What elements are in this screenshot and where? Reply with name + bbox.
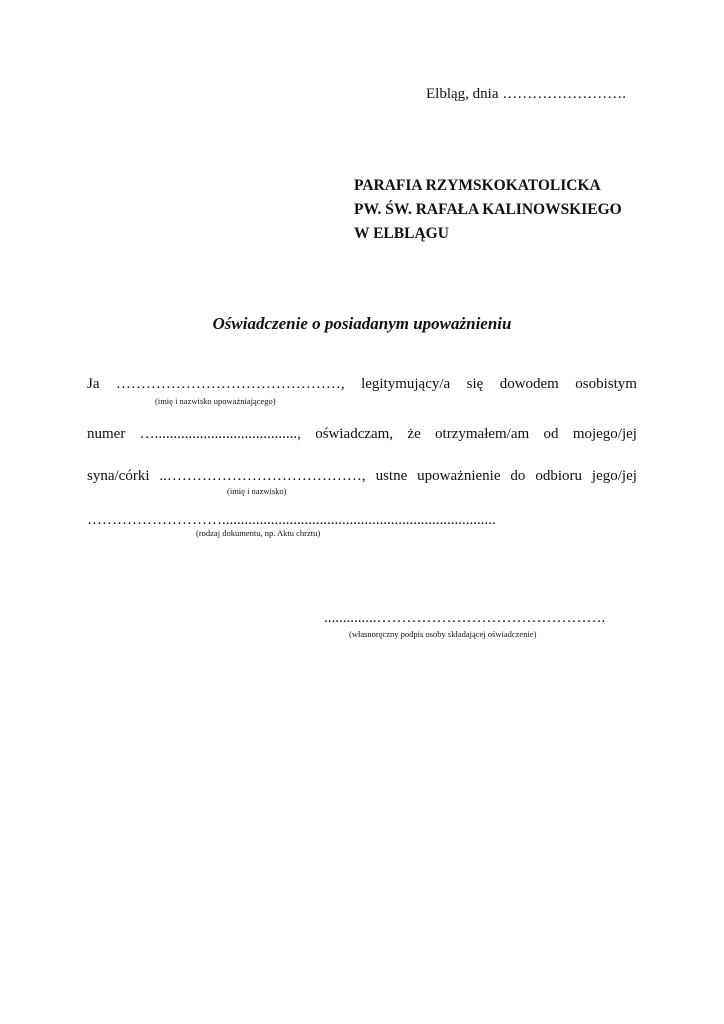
- name-fill-field[interactable]: ………………………………………,: [116, 376, 345, 393]
- child-name-fill-field[interactable]: ..…………………………………,: [159, 468, 365, 485]
- word: mojego/jej: [573, 426, 637, 443]
- word: legitymujący/a: [361, 376, 450, 393]
- word: do: [510, 468, 525, 485]
- recipient-line-1: PARAFIA RZYMSKOKATOLICKA: [354, 174, 622, 198]
- recipient-line-2: PW. ŚW. RAFAŁA KALINOWSKIEGO: [354, 198, 622, 222]
- word: otrzymałem/am: [435, 426, 529, 443]
- word: jego/jej: [592, 468, 637, 485]
- word: Ja: [87, 376, 100, 393]
- body-line-2: numer ….................................…: [87, 426, 637, 443]
- hint-child-name: (imię i nazwisko): [227, 486, 286, 496]
- hint-document-type: (rodzaj dokumentu, np. Aktu chrztu): [196, 528, 320, 538]
- word: się: [467, 376, 484, 393]
- place-date-line: Elbląg, dnia …………………….: [426, 86, 626, 103]
- recipient-block: PARAFIA RZYMSKOKATOLICKA PW. ŚW. RAFAŁA …: [354, 174, 622, 246]
- word: ustne: [376, 468, 408, 485]
- word: oświadczam,: [315, 426, 393, 443]
- recipient-line-3: W ELBLĄGU: [354, 222, 622, 246]
- word: od: [544, 426, 559, 443]
- document-title: Oświadczenie o posiadanym upoważnieniu: [0, 314, 724, 334]
- document-type-fill-field[interactable]: ………………………...............................…: [87, 512, 496, 529]
- word: dowodem: [500, 376, 559, 393]
- body-line-1: Ja ………………………………………, legitymujący/a się d…: [87, 376, 637, 393]
- hint-signature: (własnoręczny podpis osoby składającej o…: [349, 629, 536, 639]
- word: osobistym: [575, 376, 637, 393]
- word: numer: [87, 426, 125, 443]
- signature-fill-field[interactable]: ..............……………………………………….: [324, 610, 605, 627]
- word: syna/córki: [87, 468, 149, 485]
- body-line-3: syna/córki ..…………………………………, ustne upoważ…: [87, 468, 637, 485]
- word: że: [407, 426, 420, 443]
- word: upoważnienie: [417, 468, 500, 485]
- hint-authorizer-name: (imię i nazwisko upoważniającego): [155, 396, 276, 406]
- id-number-fill-field[interactable]: …......................................,: [140, 426, 301, 443]
- word: odbioru: [535, 468, 582, 485]
